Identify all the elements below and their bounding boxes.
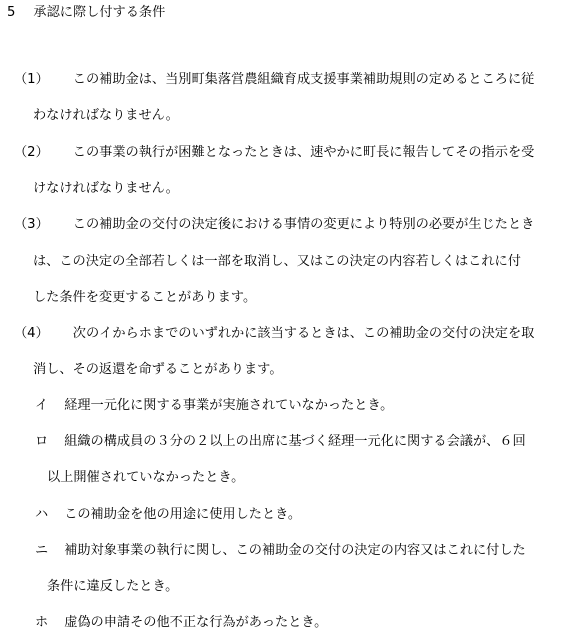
item-i-line-1: イ経理一元化に関する事業が実施されていなかったとき。 (35, 398, 393, 414)
clause-4-line-2: 消し、その返還を命ずることがあります。 (33, 362, 283, 378)
item-label: イ (35, 398, 48, 414)
clause-label: （2） (14, 145, 49, 161)
clause-1-line-1: （1）この補助金は、当別町集落営農組織育成支援事業補助規則の定めるところに従 (14, 72, 534, 88)
clause-3-line-1: （3）この補助金の交付の決定後における事情の変更により特別の必要が生じたとき (14, 217, 534, 233)
item-ro-line-2: 以上開催されていなかったとき。 (47, 470, 244, 486)
clause-text: この事業の執行が困難となったときは、速やかに町長に報告してその指示を受 (73, 145, 535, 160)
clause-label: （1） (14, 72, 49, 88)
clause-4-line-1: （4）次のイからホまでのいずれかに該当するときは、この補助金の交付の決定を取 (14, 326, 534, 342)
section-title: 承認に際し付する条件 (33, 5, 165, 20)
item-label: ロ (35, 434, 48, 450)
clause-text: この補助金の交付の決定後における事情の変更により特別の必要が生じたとき (73, 217, 535, 232)
clause-3-line-2: は、この決定の全部若しくは一部を取消し、又はこの決定の内容若しくはこれに付 (33, 254, 521, 270)
clause-2-line-2: けなければなりません。 (33, 181, 179, 197)
clause-label: （4） (14, 326, 49, 342)
clause-text: 次のイからホまでのいずれかに該当するときは、この補助金の交付の決定を取 (73, 326, 535, 341)
clause-3-line-3: した条件を変更することがあります。 (33, 290, 256, 306)
section-number: 5 (7, 5, 15, 21)
item-ha-line-1: ハこの補助金を他の用途に使用したとき。 (35, 507, 301, 523)
item-ni-line-1: ニ補助対象事業の執行に関し、この補助金の交付の決定の内容又はこれに付した (35, 543, 526, 559)
item-text: 補助対象事業の執行に関し、この補助金の交付の決定の内容又はこれに付した (64, 543, 526, 558)
clause-2-line-1: （2）この事業の執行が困難となったときは、速やかに町長に報告してその指示を受 (14, 145, 534, 161)
clause-1-line-2: わなければなりません。 (33, 108, 179, 124)
clause-text: この補助金は、当別町集落営農組織育成支援事業補助規則の定めるところに従 (73, 72, 535, 87)
item-text: この補助金を他の用途に使用したとき。 (64, 507, 301, 522)
section-heading: 5承認に際し付する条件 (7, 5, 165, 21)
clause-label: （3） (14, 217, 49, 233)
item-ni-line-2: 条件に違反したとき。 (47, 579, 178, 595)
item-ro-line-1: ロ組織の構成員の３分の２以上の出席に基づく経理一元化に関する会議が、６回 (35, 434, 526, 450)
item-label: ホ (35, 615, 48, 631)
item-ho-line-1: ホ虚偽の申請その他不正な行為があったとき。 (35, 615, 327, 631)
item-label: ニ (35, 543, 48, 559)
item-text: 組織の構成員の３分の２以上の出席に基づく経理一元化に関する会議が、６回 (64, 434, 526, 449)
item-text: 経理一元化に関する事業が実施されていなかったとき。 (64, 398, 393, 413)
item-label: ハ (35, 507, 48, 523)
item-text: 虚偽の申請その他不正な行為があったとき。 (64, 615, 327, 630)
